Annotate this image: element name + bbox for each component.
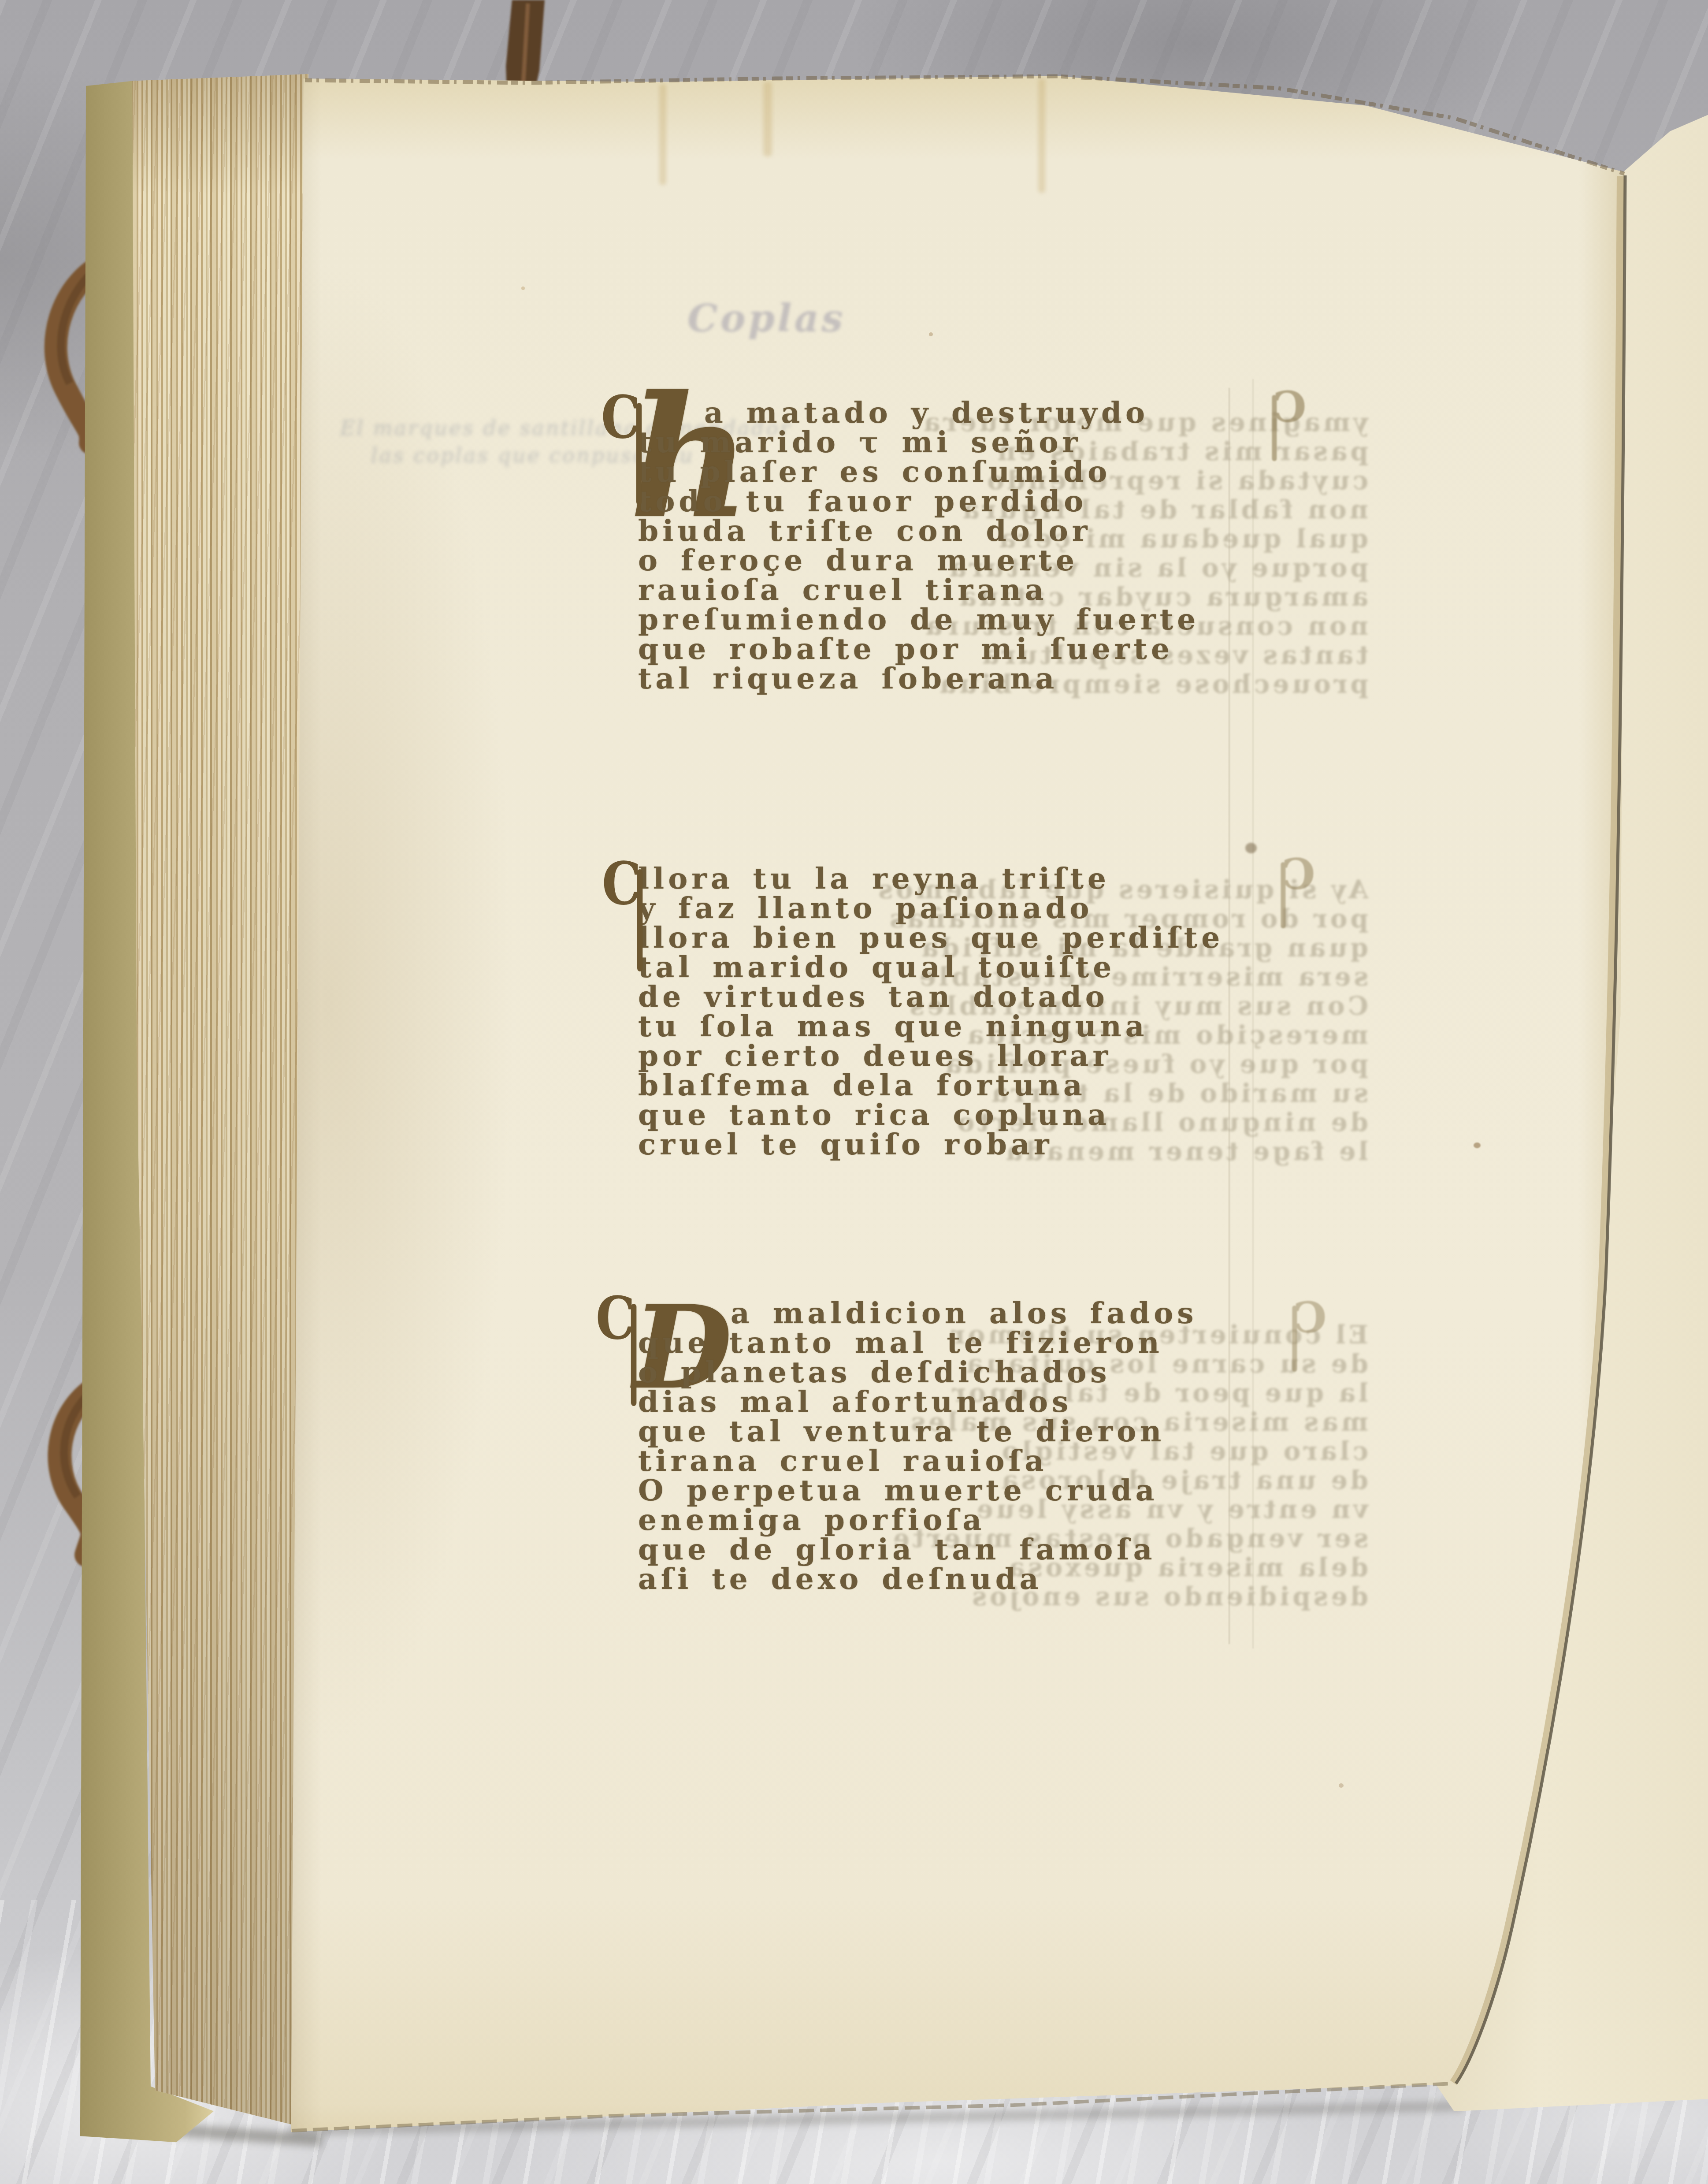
verse-line: que tanto rica copluna <box>638 1100 1224 1130</box>
calderon-mark: C <box>602 862 641 906</box>
verse-line: tirana cruel rauioſa <box>638 1446 1197 1476</box>
verse-line: preſumiendo de muy fuerte <box>638 605 1199 634</box>
verse-line: rauioſa cruel tirana <box>638 575 1199 605</box>
verse-line: enemiga porfioſa <box>638 1505 1197 1535</box>
running-header-ghost: Coplas <box>687 296 846 341</box>
foxing-speck <box>1474 1142 1481 1148</box>
verse-line: a maldicion alos fados <box>638 1298 1197 1328</box>
foxing-speck <box>929 332 933 336</box>
edge-drip-stain <box>1038 78 1045 193</box>
verse-line: dias mal afortunados <box>638 1387 1197 1417</box>
verse-line: o planetas deſdichados <box>638 1358 1197 1387</box>
verse-line: por cierto deues llorar <box>638 1041 1224 1071</box>
verse-line: tal marido qual touiſte <box>638 952 1224 982</box>
show-through-ink-blot <box>1245 843 1257 853</box>
verse-line: que de gloria tan famoſa <box>638 1535 1197 1564</box>
calderon-mark: C <box>601 396 640 440</box>
verse-line: biuda triſte con dolor <box>638 516 1199 546</box>
foxing-speck <box>521 286 525 290</box>
verse-line: de virtudes tan dotado <box>638 982 1224 1012</box>
verse-line: O perpetua muerte cruda <box>638 1476 1197 1505</box>
edge-drip-stain <box>659 84 666 185</box>
verse-line: que tal ventura te dieron <box>638 1417 1197 1446</box>
verse-line: tu ſola mas que ninguna <box>638 1012 1224 1041</box>
verse-line: cruel te quiſo robar <box>638 1130 1224 1159</box>
stanza-3: a maldicion alos fadosque tanto mal te f… <box>638 1298 1197 1594</box>
stanza-1: a matado y destruydotu marido τ mi señor… <box>638 398 1199 693</box>
verse-line: blaſfema dela fortuna <box>638 1071 1224 1100</box>
verse-line: tu plaſer es conſumido <box>638 457 1199 487</box>
verse-line: tu marido τ mi señor <box>638 428 1199 457</box>
calderon-mark: C <box>596 1297 635 1341</box>
foxing-speck <box>1339 1783 1344 1788</box>
verse-line: llora bien pues que perdiſte <box>638 923 1224 952</box>
show-through-calderon: C <box>1273 390 1306 425</box>
edge-drip-stain <box>763 82 772 156</box>
verse-line: y faz llanto paſionado <box>638 893 1224 923</box>
verse-line: que robaſte por mi ſuerte <box>638 634 1199 664</box>
verse-line: a matado y destruydo <box>638 398 1199 428</box>
verse-line: que tanto mal te fizieron <box>638 1328 1197 1358</box>
verse-line: aſi te dexo deſnuda <box>638 1564 1197 1594</box>
book-photograph: Coplas El marques de santillana comendad… <box>0 0 1708 2184</box>
verse-line: tal riqueza ſoberana <box>638 664 1199 693</box>
stanza-2: llora tu la reyna triſtey faz llanto paſ… <box>638 864 1224 1159</box>
show-through-calderon: C <box>1293 1300 1326 1336</box>
verse-line: o feroçe dura muerte <box>638 546 1199 575</box>
verse-line: todo tu fauor perdido <box>638 487 1199 516</box>
fore-edge-page-stack <box>123 71 313 2147</box>
verse-line: llora tu la reyna triſte <box>638 864 1224 893</box>
show-through-calderon: C <box>1281 857 1315 892</box>
